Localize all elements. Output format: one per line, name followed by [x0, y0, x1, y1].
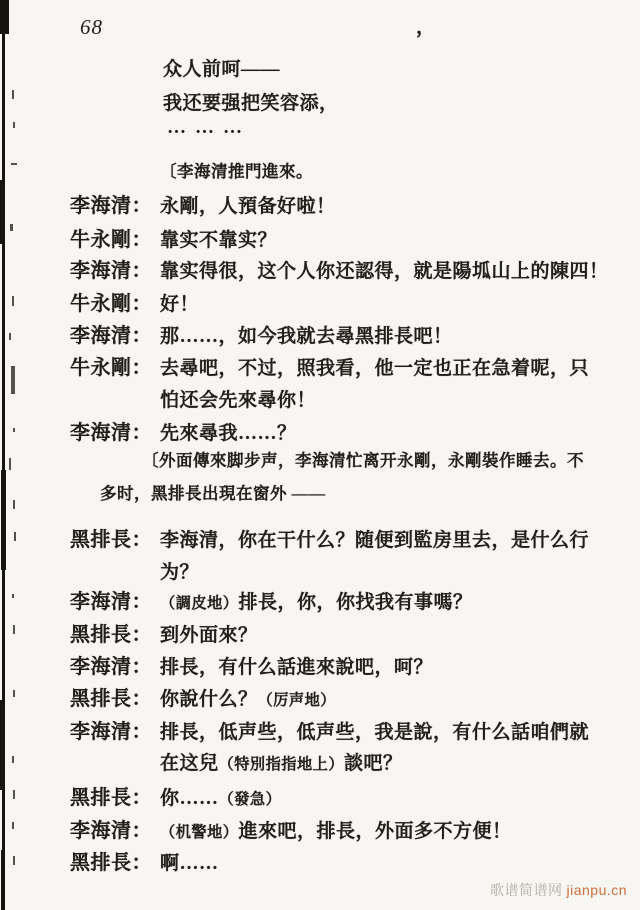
speaker-name: 黑排長：	[70, 528, 160, 553]
speaker-name: 牛永剛：	[70, 292, 160, 317]
dialogue-text: （机警地）進來吧，排長，外面多不方便！	[160, 821, 511, 842]
margin-mark	[12, 296, 14, 306]
dialogue-text: 你說什么？（厉声地）	[160, 689, 336, 710]
speaker-name: 黑排長：	[70, 623, 160, 648]
speaker-name: 李海清：	[70, 421, 160, 446]
dialogue-line: 李海清：永剛，人預备好啦！	[70, 194, 336, 219]
margin-mark	[9, 333, 11, 340]
margin-mark	[11, 163, 17, 165]
margin-mark	[10, 224, 13, 231]
watermark-site-url: jianpu.cn	[567, 882, 628, 898]
dialogue-line: 李海清：靠实得很，这个人你还認得，就是陽坬山上的陳四！	[70, 259, 609, 284]
speaker-name: 黑排長：	[70, 851, 160, 876]
dialogue-text: 你……（發急）	[160, 788, 281, 809]
dialogue-line: 牛永剛：靠实不靠实？	[70, 228, 277, 253]
spine-blob	[0, 700, 4, 790]
dialogue-line: 李海清：先來尋我……？	[70, 421, 297, 446]
watermark-site-name: 歌谱简谱网	[490, 884, 563, 899]
margin-mark	[13, 428, 15, 432]
dialogue-continuation: 在这兒（特別指指地上）談吧？	[160, 752, 403, 776]
margin-mark	[12, 594, 14, 598]
speaker-name: 李海清：	[70, 259, 160, 284]
watermark: 歌谱简谱网 jianpu.cn	[490, 882, 627, 901]
dialogue-text: （調皮地）排長，你，你找我有事嗎？	[160, 592, 472, 613]
dialogue-text: 永剛，人預备好啦！	[160, 196, 336, 217]
dialogue-text: 好！	[160, 294, 199, 315]
dialogue-text: 排長，有什么話進來說吧，呵？	[160, 657, 433, 678]
dialogue-text: 靠实不靠实？	[160, 230, 277, 251]
margin-mark	[13, 690, 15, 697]
dialogue-line: 牛永剛：好！	[70, 292, 199, 317]
margin-mark	[12, 90, 14, 99]
speaker-name: 牛永剛：	[70, 356, 160, 381]
margin-mark	[14, 532, 16, 541]
verse-line: 我还要强把笑容添，	[163, 92, 339, 116]
margin-mark	[11, 366, 15, 394]
dialogue-line: 李海清：排長，有什么話進來說吧，呵？	[70, 655, 433, 680]
stage-direction: 〔外面傳來脚步声，李海清忙离开永剛，永剛裝作睡去。不	[142, 451, 584, 472]
speaker-name: 黑排長：	[70, 786, 160, 811]
spine-blob	[1, 850, 5, 910]
margin-mark	[13, 790, 15, 799]
dialogue-line: 黑排長：你……（發急）	[70, 786, 281, 811]
dialogue-line: 李海清：（机警地）進來吧，排長，外面多不方便！	[70, 819, 511, 844]
stage-direction-continuation: 多时，黑排長出現在窗外 ——	[100, 484, 326, 505]
stage-direction: 〔李海清推門進來。	[160, 162, 313, 183]
dialogue-text: 先來尋我……？	[160, 423, 297, 444]
margin-mark	[13, 625, 15, 634]
scanned-script-page: 68 ， 众人前呵—— 我还要强把笑容添， ……… 〔李海清推門進來。 李海清：…	[0, 0, 640, 910]
speaker-name: 李海清：	[70, 324, 160, 349]
margin-mark	[13, 856, 15, 865]
dialogue-line: 李海清：（調皮地）排長，你，你找我有事嗎？	[70, 590, 472, 615]
speaker-name: 牛永剛：	[70, 228, 160, 253]
margin-mark	[13, 500, 15, 509]
margin-mark	[13, 122, 15, 128]
dialogue-text: 去尋吧，不过，照我看，他一定也正在急着呢，只	[160, 358, 589, 379]
speaker-name: 李海清：	[70, 194, 160, 219]
dialogue-text: 靠实得很，这个人你还認得，就是陽坬山上的陳四！	[160, 261, 609, 282]
speaker-name: 李海清：	[70, 720, 160, 745]
page-number: 68	[80, 14, 103, 40]
stray-comma-mark: ，	[416, 16, 436, 40]
dialogue-line: 李海清：排長，低声些，低声些，我是說，有什么話咱們就	[70, 720, 589, 745]
dialogue-continuation: 为？	[160, 561, 199, 585]
dialogue-text: 排長，低声些，低声些，我是說，有什么話咱們就	[160, 722, 589, 743]
dialogue-text: 那……，如今我就去尋黑排長吧！	[160, 326, 453, 347]
dialogue-line: 黑排長：到外面來？	[70, 623, 258, 648]
dialogue-line: 李海清：那……，如今我就去尋黑排長吧！	[70, 324, 453, 349]
dialogue-line: 黑排長：你說什么？（厉声地）	[70, 687, 336, 712]
dialogue-text: 到外面來？	[160, 625, 258, 646]
dialogue-line: 牛永剛：去尋吧，不过，照我看，他一定也正在急着呢，只	[70, 356, 589, 381]
speaker-name: 李海清：	[70, 655, 160, 680]
margin-mark	[12, 822, 14, 829]
dialogue-line: 黑排長：李海清，你在干什么？随便到監房里去，是什么行	[70, 528, 589, 553]
margin-mark	[9, 458, 11, 470]
dialogue-continuation: 怕还会先來尋你！	[160, 389, 316, 413]
dialogue-text: 啊……	[160, 853, 219, 874]
spine-blob	[0, 0, 9, 34]
dialogue-line: 黑排長：啊……	[70, 851, 219, 876]
margin-mark	[12, 756, 14, 763]
verse-ellipsis-line: ………	[167, 116, 251, 140]
speaker-name: 黑排長：	[70, 687, 160, 712]
spine-blob	[0, 180, 5, 244]
speaker-name: 李海清：	[70, 819, 160, 844]
speaker-name: 李海清：	[70, 590, 160, 615]
dialogue-text: 李海清，你在干什么？随便到監房里去，是什么行	[160, 530, 589, 551]
spine-blob	[1, 470, 6, 570]
verse-line: 众人前呵——	[163, 58, 280, 82]
